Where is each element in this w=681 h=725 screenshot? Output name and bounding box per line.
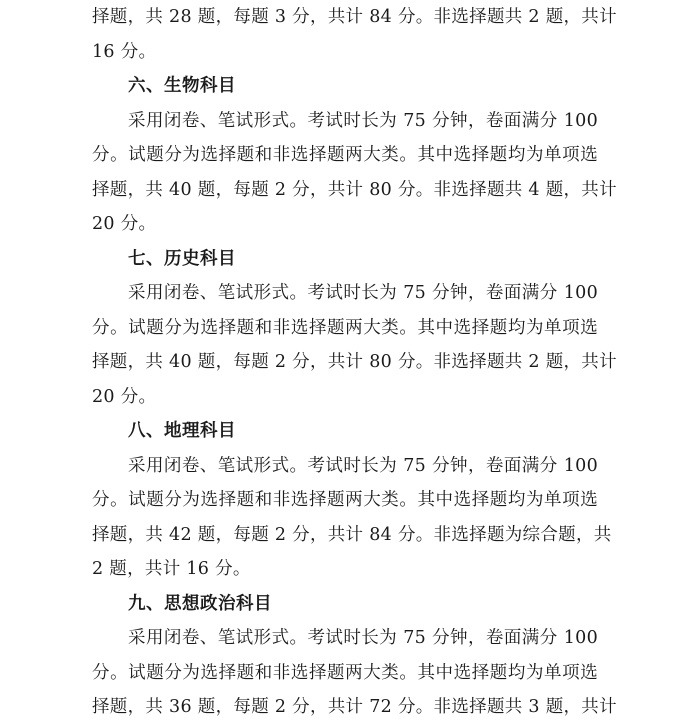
paragraph-line: 采用闭卷、笔试形式。考试时长为 75 分钟，卷面满分 100 (92, 104, 598, 139)
paragraph-line: 20 分。 (92, 207, 598, 242)
section-heading: 六、生物科目 (92, 69, 598, 104)
paragraph-line: 采用闭卷、笔试形式。考试时长为 75 分钟，卷面满分 100 (92, 276, 598, 311)
section-heading: 九、思想政治科目 (92, 587, 598, 622)
paragraph-line: 择题，共 40 题，每题 2 分，共计 80 分。非选择题共 2 题，共计 (92, 345, 598, 380)
document-page: 择题，共 28 题，每题 3 分，共计 84 分。非选择题共 2 题，共计 16… (92, 0, 598, 725)
previous-section-continuation: 择题，共 28 题，每题 3 分，共计 84 分。非选择题共 2 题，共计 16… (92, 0, 598, 69)
paragraph-line: 分。试题分为选择题和非选择题两大类。其中选择题均为单项选 (92, 138, 598, 173)
section-politics: 九、思想政治科目 采用闭卷、笔试形式。考试时长为 75 分钟，卷面满分 100 … (92, 587, 598, 725)
paragraph-line: 分。试题分为选择题和非选择题两大类。其中选择题均为单项选 (92, 656, 598, 691)
section-history: 七、历史科目 采用闭卷、笔试形式。考试时长为 75 分钟，卷面满分 100 分。… (92, 242, 598, 415)
paragraph-line: 分。试题分为选择题和非选择题两大类。其中选择题均为单项选 (92, 311, 598, 346)
paragraph-line: 择题，共 42 题，每题 2 分，共计 84 分。非选择题为综合题，共 (92, 518, 598, 553)
section-geography: 八、地理科目 采用闭卷、笔试形式。考试时长为 75 分钟，卷面满分 100 分。… (92, 414, 598, 587)
paragraph-line: 20 分。 (92, 380, 598, 415)
section-heading: 八、地理科目 (92, 414, 598, 449)
paragraph-line: 16 分。 (92, 35, 598, 70)
paragraph-line: 采用闭卷、笔试形式。考试时长为 75 分钟，卷面满分 100 (92, 449, 598, 484)
paragraph-line: 择题，共 36 题，每题 2 分，共计 72 分。非选择题共 3 题，共计 (92, 690, 598, 725)
section-biology: 六、生物科目 采用闭卷、笔试形式。考试时长为 75 分钟，卷面满分 100 分。… (92, 69, 598, 242)
paragraph-line: 采用闭卷、笔试形式。考试时长为 75 分钟，卷面满分 100 (92, 621, 598, 656)
section-heading: 七、历史科目 (92, 242, 598, 277)
paragraph-line: 分。试题分为选择题和非选择题两大类。其中选择题均为单项选 (92, 483, 598, 518)
paragraph-line: 择题，共 28 题，每题 3 分，共计 84 分。非选择题共 2 题，共计 (92, 0, 598, 35)
paragraph-line: 2 题，共计 16 分。 (92, 552, 598, 587)
paragraph-line: 择题，共 40 题，每题 2 分，共计 80 分。非选择题共 4 题，共计 (92, 173, 598, 208)
